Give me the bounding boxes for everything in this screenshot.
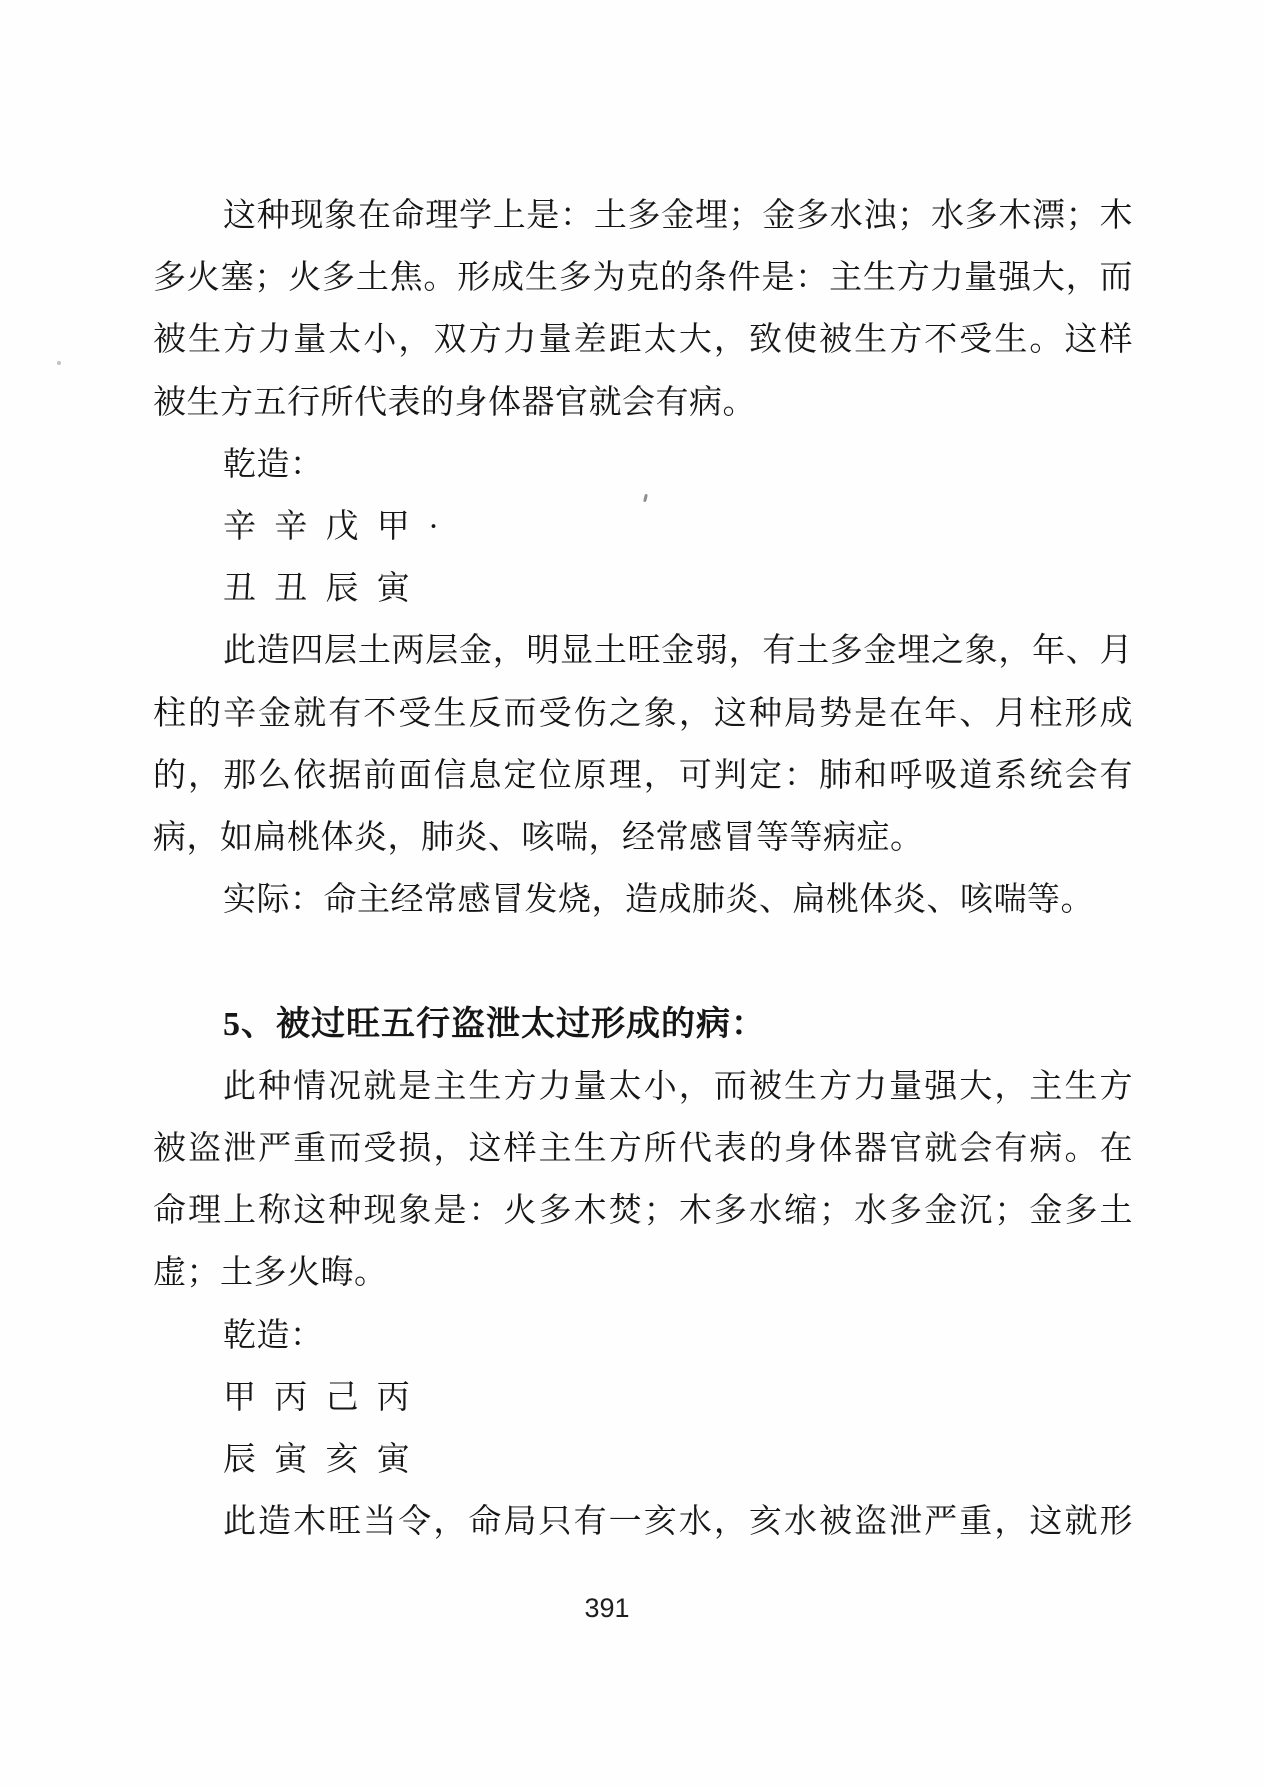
text-line: 乾造： <box>153 434 1133 496</box>
bazi-pillars-line: 辰 寅 亥 寅 <box>153 1429 1133 1491</box>
page-number: 391 <box>0 1593 1214 1623</box>
text-line: 柱的辛金就有不受生反而受伤之象，这种局势是在年、月柱形成 <box>153 683 1133 745</box>
text-line: 虚；土多火晦。 <box>153 1242 1133 1304</box>
text-line: 实际：命主经常感冒发烧，造成肺炎、扁桃体炎、咳喘等。 <box>153 869 1133 931</box>
text-line: 被盗泄严重而受损，这样主生方所代表的身体器官就会有病。在 <box>153 1118 1133 1180</box>
text-line: 乾造： <box>153 1305 1133 1367</box>
text-line: 此造四层土两层金，明显土旺金弱，有土多金埋之象，年、月 <box>153 620 1133 682</box>
section-heading: 5、被过旺五行盗泄太过形成的病： <box>153 994 1133 1056</box>
bazi-pillars-line: 丑 丑 辰 寅 <box>153 558 1133 620</box>
scanned-book-page: 这种现象在命理学上是：土多金埋；金多水浊；水多木漂；木多火塞；火多土焦。形成生多… <box>0 0 1264 1789</box>
text-line: 被生方五行所代表的身体器官就会有病。 <box>153 372 1133 434</box>
text-line: 被生方力量太小，双方力量差距太大，致使被生方不受生。这样 <box>153 309 1133 371</box>
text-line: 此造木旺当令，命局只有一亥水，亥水被盗泄严重，这就形 <box>153 1491 1133 1553</box>
text-line: 此种情况就是主生方力量太小，而被生方力量强大，主生方 <box>153 1056 1133 1118</box>
text-block: 这种现象在命理学上是：土多金埋；金多水浊；水多木漂；木多火塞；火多土焦。形成生多… <box>0 0 1264 1789</box>
text-line: 这种现象在命理学上是：土多金埋；金多水浊；水多木漂；木 <box>153 185 1133 247</box>
bazi-pillars-line: 甲 丙 己 丙 <box>153 1367 1133 1429</box>
text-line: 病，如扁桃体炎，肺炎、咳喘，经常感冒等等病症。 <box>153 807 1133 869</box>
scan-speck <box>57 361 61 365</box>
bazi-pillars-line: 辛 辛 戊 甲 · <box>153 496 1133 558</box>
text-line: 的，那么依据前面信息定位原理，可判定：肺和呼吸道系统会有 <box>153 745 1133 807</box>
text-line: 多火塞；火多土焦。形成生多为克的条件是：主生方力量强大，而 <box>153 247 1133 309</box>
text-line: 命理上称这种现象是：火多木焚；木多水缩；水多金沉；金多土 <box>153 1180 1133 1242</box>
